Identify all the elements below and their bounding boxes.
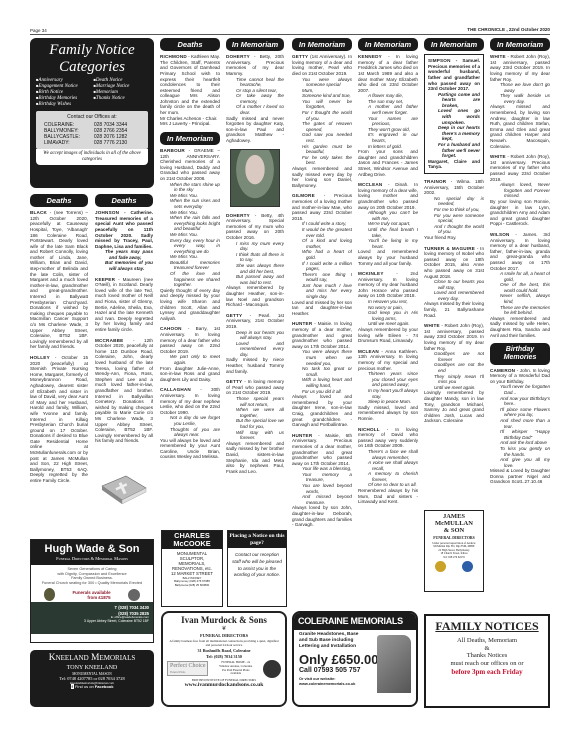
verse: You'll never be forgotten Dad...And now … [490,384,550,468]
memoriam-notice: WHITE - Robert John (Roy), 1st anniversa… [424,323,484,424]
memoriam-notice: TRAINOR - Wilma. 18th Anniversary, 15th … [424,179,484,241]
page-header: Page 34 THE CHRONICLE , 22nd October 202… [30,26,550,35]
crest-icon [435,561,446,572]
ads-murdock-prepaid: Pre Paid Funeral Plans available [218,669,254,676]
col3-notices-1-verse-0: We part only to meet again. [170,354,220,365]
ads-familynotices-title: FAMILY NOTICES [429,619,545,634]
table: COLERAINE:028 7034 3344 BALLYMONEY:028 2… [44,122,140,146]
col7-notices-2-after: Lovingly remembered by daughter Mandy, s… [424,390,484,424]
charles-mccooke-ad: CHARLESMcCOOKE MONUMENTALSCULPTOR,MEMORI… [161,530,223,607]
ads-kneeland-fb1: Find us on [75,684,94,689]
col8-notices-0-verse-1: They walk beside us every day. [500,93,550,104]
memoriam-notice: DOHERTY - Betty, 4th Anniversary. Specia… [226,213,284,308]
col3-notices-0-verse-0: When the stars shine up in the sky [170,182,220,193]
col7-simpson-verse-0: Partings come and hearts are broken, [438,92,480,109]
col5-notices-1-verse-3: Who had a heart of gold. [302,249,352,260]
col3-notices-0-text: - GRAEME – 12th ANNIVERSARY. Cherished m… [160,148,220,181]
verse: Time cannot heal the heartache,Or stop a… [226,77,284,116]
memoriam-notice: CALLAGHAN - 30th Anniversary. In loving … [160,387,220,460]
col5-notices-0-name: GETTY [292,54,308,59]
col6-notices-3-verse-1: In my heart you'll always stay. [368,388,418,399]
memoriam-notice: TURNER & MAGUIRE - In loving memory of I… [424,246,484,319]
col5-notices-2-verse-1: No task too great or small. [302,366,352,377]
col6-notices-1-verse-0: Although you can't be with me, [368,210,418,221]
verse: The years may pass and fade away,But mem… [95,249,153,271]
section-heading: In Memoriam [490,38,550,51]
death-notice: HOLLEY - October 15 2020 (peacefully) at… [30,355,88,484]
verse: A flower may die,The sun may set,A mothe… [358,93,418,149]
col5-notices-2-name: HUNTER [292,321,312,326]
memoriam-notice: CAHOON - Barry, 1st Anniversary. In lovi… [160,326,220,382]
div: T (028) 7034 3430(028) 7035 2825E: offic… [31,602,153,634]
ads-familynotices-l2: & [429,645,545,653]
deaths-column-2: Deaths JOHNSON - Catherine. Treasured me… [95,194,153,502]
col5-notices-3-verse-1: Your memory a treasure, [302,472,352,483]
col5-notices-1-verse-4: If I could write a million pages, [302,261,352,272]
memoriam-notice-boxed: SIMPSON - Samuel. Precious memories of a… [424,54,484,174]
col8-notices-2-verse-0: A smile for all, a heart of gold, [500,271,550,282]
verse: In Heaven you rest,No worry or pain,God … [358,299,418,327]
div: Hugh Wade & Son Funeral Directors & Memo… [31,540,153,565]
family-notices-deadline-box: FAMILY NOTICES All Deaths, Memoriam & Th… [424,614,550,708]
memoriam-notice: HUNTER - Maisie, 6th Anniversary. Precio… [292,433,352,528]
col8-notices-1-verse-0: Always loved, Never forgotten and Foreve… [500,182,550,199]
col5-notices-1-verse-6: Just how much I love and miss her every … [302,283,352,300]
col4-notices-2-verse-1: Loved and remembered every day. [236,341,284,358]
section-heading: In Memoriam [292,38,352,51]
col8-cameron-verse-0: You'll never be forgotten Dad... [500,384,550,395]
kneeland-memorials-ad: Kneeland Memorials TONY KNEELAND MONUMEN… [30,650,154,707]
coleraine-memorials-ad: COLERAINE MEMORIALS Granite Headstones, … [292,611,418,707]
col5-notices-1-verse-2: Of a kind and loving mother, [302,238,352,249]
col6-notices-3-verse-0: Thirteen years since you closed your eye… [368,371,418,388]
col6-notices-4-name: NICHOLL [358,427,380,432]
ads-mcmullan-l1: Under personal supervision of Andrew McM… [427,542,481,549]
placing-notice-box: Placing a Notice on this page? Contact o… [227,530,287,607]
family-notice-categories: Family NoticeCategories Anniversary Deat… [30,38,154,188]
col8-notices-0-name: WHITE [490,54,506,59]
verse: If I could write a story,It would be the… [292,221,352,299]
hugh-wade-ad: Hugh Wade & Son Funeral Directors & Memo… [30,539,154,643]
col8-notices-2-verse-3: These are the memories he left behind. [500,305,550,316]
birthday-notice: CAMERON - John. In loving Memory of a Wo… [490,368,550,485]
col7-notices-0-verse-2: For you were someone special, [434,213,484,224]
col7-simpson-sign: Margaret, Claire and Tanya. [428,159,480,170]
ads-hughwade-addr: 3 Upper Abbey Street, Coleraine BT52 1BF [35,619,149,623]
col5-notices-3-verse-2: You are loved beyond words, [302,483,352,494]
col7-notices-1-name: TURNER & MAGUIRE [424,246,475,251]
span: Funerals availablefrom £1875 [72,590,110,601]
col4-notices-3-verse-0: Those special years will not return, [236,396,284,407]
col7-notices-2-verse-0: Goodbyes are not forever [434,351,484,362]
col4-notices-3-after: Always remembered and sadly missed by he… [226,441,284,475]
col5-notices-0-verse-5: The gates of Heaven opened, [302,121,352,132]
categories-contact-heading: Contact our Offices at: [44,114,140,120]
col4-notices-2-verse-0: Deep in our hearts you will always stay. [236,330,284,341]
murdock-website-link[interactable]: www.ivanmurdockandsons.co.uk [165,682,283,689]
col6-notices-0-verse-2: A mother and father we'll never forget. [368,104,418,115]
div: Funerals availablefrom £1875 [31,587,153,602]
col7-notices-1-verse-0: Close to our hearts you will stay, [434,279,484,290]
col1-notices-0-text: - (nee Torrens) – 12th October 2020, pea… [30,210,88,349]
col6-notices-2-verse-2: God keep you in His loving arms, [368,310,418,321]
category-item: Thanks Notice [94,96,149,102]
section-heading-birthday: Birthday Memories [490,343,550,364]
ivan-murdock-ad: Ivan Murdock & Sons ❦ FUNERAL DIRECTORS … [161,611,287,707]
ads-murdock-title: Ivan Murdock & Sons [165,615,283,626]
col6-notices-1-name: MCCLEAN [358,182,382,187]
col4-notices-0-verse-2: Or take away the memory, [236,93,284,104]
verse: A smile for all, a heart of gold,One of … [490,271,550,316]
col3-notices-0-name: BARBOUR [160,148,185,153]
col2-notices-1-text: - Maureen (nee O'Neill), in Scotland. De… [95,277,153,332]
ads-mccooke-title2: McCOOKE [163,540,221,548]
section-heading: In Memoriam [226,38,284,51]
col8-notices-1-after: By your loving son Ronnie, daughter in l… [490,199,550,227]
section-heading: In Memoriam [160,132,220,145]
col7-notices-0-after: Your friend Roy. [424,235,484,241]
ads-hughwade-title: Hugh Wade & Son [31,543,153,556]
col4-notices-0-verse-3: Of a mother I loved so dear. [236,104,284,115]
office-contacts: Contact our Offices at: COLERAINE:028 70… [36,111,148,148]
verse: No special day is needed,For me to think… [424,196,484,235]
category-item: Birthday Wishes [36,102,91,108]
memoriam-notice: NICHOLL - In loving memory of David who … [358,427,418,505]
col6-notices-4-verse-1: A voice we shall always recall, [368,460,418,471]
section-heading: In Memoriam [358,38,418,51]
col7-notices-0-verse-1: For me to think of you, [434,207,484,213]
col4-notices-0-name: DOHERTY [226,54,250,59]
col4-notices-3-verse-1: When we were all together, [236,407,284,418]
ads-placing-body: Contact our reception staff who will be … [228,548,286,583]
james-mcmullan-ad: JAMES McMULLAN& SON FUNERAL DIRECTORS Un… [424,510,484,592]
death-notice: KEEPER - Maureen (nee O'Neill), in Scotl… [95,277,153,333]
category-list: Anniversary Death Notice Engagement Noti… [36,78,148,108]
column-3: Deaths RICHMOND - Kathleen May. The Chil… [160,38,220,528]
col5-notices-2-verse-2: With a loving heart and willing hand, [302,377,352,388]
col5-notices-3-name: HUNTER [292,433,312,438]
col7-notices-0-verse-3: And I thought the world of you. [434,224,484,235]
verse: Close to our hearts you will stay,Loved … [424,279,484,301]
div [427,561,481,572]
col8-notices-2-verse-2: Never selfish, always kind, [500,293,550,304]
col5-notices-1-after: Loved and missed by her son Ian and daug… [292,300,352,317]
col3-richmond-sign2: Mrs J Laverty - Principal. [160,121,220,127]
column-4: In Memoriam DOHERTY - Betty, 20th Annive… [226,38,284,528]
col3-richmond-text: - Kathleen May. The Children, Staff, Par… [160,54,220,115]
col8-cameron-verse-1: And now your Birthday's here.. [500,396,550,407]
col4-notices-0-after: Sadly missed and never forgotten by daug… [226,116,284,144]
col6-notices-4-after: Remembered always by his Mum, Dad and si… [358,488,418,505]
verse: Your life was a blessing,Your memory a t… [292,466,352,505]
col8-notices-2-verse-1: One of the best, this world could hold. [500,282,550,293]
ads-mccooke-p2: Ballymena (028) 25 663800 [162,584,222,587]
funeral-institute-logo-icon [263,660,281,678]
ads-familynotices-l1: All Deaths, Memoriam [429,637,545,645]
verse: Those special years will not return,When… [226,396,284,441]
col3-notices-0-verse-6: Every day, every hour in every way, in e… [170,238,220,255]
headstone-image [377,635,411,693]
col6-notices-0-verse-5: It's engraved in our hearts, [368,132,418,143]
col4-notices-1-name: DOHERTY [226,213,250,218]
ads-coleraine-title: COLERAINE MEMORIALS [294,613,416,630]
col2-notices-0-verse-0: The years may pass and fade away, [105,249,153,260]
section-heading: Deaths [160,38,220,51]
col5-notices-1-name: GILMORE [292,193,315,198]
memoriam-notice: HUNTER - Maisie. In loving memory of a d… [292,321,352,427]
column-8: In Memoriam WHITE - Robert John (Roy), 1… [490,38,550,578]
div: FUNERAL HOME - 2a Windsor Avenue, Colera… [218,661,254,676]
col3-notices-1-name: CAHOON [160,326,182,331]
div: JAMES McMULLAN& SON [427,513,481,534]
bible-icon [96,472,152,506]
col8-cameron-after: Missed & Loved by Daughter Donna partner… [490,468,550,485]
col6-notices-0-text: - In loving memory of a dear father Fred… [358,54,418,93]
col3-notices-0-verse-2: When the sun rises and sets everyday [170,198,220,209]
col7-notices-2-verse-1: Goodbyes are not the end [434,362,484,373]
col4-notices-3-verse-2: But the special love we had for you, [236,418,284,429]
col1-notices-1-text: - October 15 2020 (peacefully) at Stemis… [30,355,88,483]
ads-hughwade-from: from £1875 [72,595,110,600]
verse: You were always someone specialMum,Someo… [292,77,352,167]
col5-notices-1-verse-5: There's one thing I would say, [302,272,352,283]
ads-kneeland-fb2: Facebook [95,684,114,689]
col4-notices-2-after: Sadly missed by niece Heather, husband T… [226,357,284,374]
col7-notices-1-after: Always missed by their loving family, 21… [424,301,484,318]
div: Seven Generations of Caringwith Dignity,… [31,565,153,588]
col8-cameron-verse-3: And shed more than a tear. [500,418,550,429]
col8-notices-2-name: WILSON [490,232,510,237]
col7-simpson-verse-3: For a husband and father we'll never for… [438,142,480,159]
col2-notices-1-name: KEEPER [95,277,115,282]
death-notice: BLACK - (nee Torrens) – 12th October 202… [30,210,88,350]
col4-notices-3-verse-3: Will stay with us forever. [236,430,284,441]
crest-icon [44,588,55,601]
col2-notices-2-text: - 12th October 2020, peacefully at home … [95,338,153,444]
col6-notices-3-after: Sadly missed, loved and remembered alway… [358,405,418,422]
col6-notices-0-name: KENNEDY [358,54,382,59]
col4-notices-3-name: GETTY [226,379,242,384]
col3-notices-0-verse-9: Of the love and happiness we shared toge… [170,271,220,288]
memoriam-notice: KENNEDY - In loving memory of a dear fat… [358,54,418,177]
memoriam-notice: WHITE - Robert John (Roy), 1st anniversa… [490,54,550,149]
death-notice: RICHMOND - Kathleen May. The Children, S… [160,54,220,127]
ads-familynotices-l4: must reach our offices on or [429,660,545,668]
col2-notices-0-verse-1: But memories of you will always stay. [105,260,153,271]
col8-cameron-verse-6: To kiss you gently on the hands. [500,446,550,457]
col7-notices-2-name: WHITE [424,323,440,328]
col5-notices-2-verse-0: You were always there mum when we needed… [302,349,352,366]
col2-notices-0-text: - Catherine. Treasured memories of a spe… [95,210,153,249]
images-note: We accept images of individuals in all o… [36,149,148,165]
col4-notices-2-name: GETTY [226,313,242,318]
ads-murdock-pc2: Funeral Plans [170,671,205,674]
verse: When the stars shine up in the skyWe Mis… [160,182,220,288]
col6-notices-1-verse-3: You'll be living in my heart. [368,238,418,249]
col1-notices-1-name: HOLLEY [30,355,50,360]
col4-notices-1-verse-1: I think thats all there is to say. [236,252,284,263]
col6-notices-4-verse-0: There's a face we shall always remember, [368,449,418,460]
div: MONUMENTALSCULPTOR,MEMORIALS,RENOVATIONS… [162,549,222,572]
section-heading: Deaths [30,194,88,207]
ads-hughwade-l4: Funeral Church seating for 300 • Quality… [33,581,151,586]
col3-notices-2-after: You will always be loved and remembered … [160,438,220,460]
col5-notices-0-verse-3: You will never be forgotten, [302,99,352,110]
verse: I miss my mum every day.I think thats al… [226,241,284,286]
memoriam-notice: MCKINLEY - 2nd Anniversary. In loving me… [358,271,418,344]
col8-cameron-verse-4: I'll whisper "Happy Birthday Dad" [500,429,550,440]
col6-notices-1-after: Loved and remembered always by your husb… [358,249,418,266]
col4-notices-1-after: Always remembered by daughter Heather, s… [226,285,284,307]
verse: Those we love don't go awayThey walk bes… [490,82,550,104]
col5-notices-1-verse-1: It would be the greatest ever told. [302,227,352,238]
col5-notices-3-verse-3: And missed beyond measure. [302,494,352,505]
death-notice: MCCRABBE - 12th October 2020, peacefully… [95,338,153,444]
memoriam-notice: DOHERTY - Betty, 20th Anniversary. Preci… [226,54,284,144]
col3-notices-0-verse-4: When the rain falls and everything looks… [170,215,220,232]
categories-title: Family NoticeCategories [34,42,150,75]
col5-notices-0-verse-7: His garden must be beautiful, [302,144,352,155]
categories-title-line1: Family Notice [34,42,150,59]
section-heading: In Memoriam [424,38,484,51]
ads-familynotices-l5: before 3pm each Friday [429,668,545,677]
verse: We part only to meet again. [160,354,220,365]
facebook-link[interactable]: f Find us on Facebook [33,685,151,690]
section-heading: Deaths [95,194,153,207]
badge-icon [128,589,140,601]
office-row: LIMAVADY:028 7776 2130 [44,140,140,146]
verse: Partings come and hearts are broken,Love… [428,92,480,159]
memoriam-notice: MCLEAN - Anna Kathleen. 13th Anniversary… [358,349,418,422]
col8-notices-1-name: WHITE [490,154,506,159]
col6-notices-1-verse-2: Until the final breath I take, [368,227,418,238]
col3-notices-2-verse-0: Not a day do we forget you Leslie, [170,415,220,426]
col8-cameron-verse-7: And give you all my love. [500,457,550,468]
col7-simpson-name: SIMPSON [428,58,451,63]
col7-simpson-verse-2: Deep in our hearts there's a memory kept… [438,125,480,142]
col5-notices-0-verse-8: For he only takes the best. [302,155,352,166]
col8-notices-0-verse-0: Those we love don't go away [500,82,550,93]
memoriam-notice: WILSON - James. 3rd Anniversary. In lovi… [490,232,550,338]
verse: Although you can't be with me,We're trul… [358,210,418,249]
ads-mcmullan-t1: JAMES McMULLAN [427,513,481,527]
ads-familynotices-l3: Thanks Notices [429,652,545,660]
col3-richmond-name: RICHMOND [160,54,187,59]
div: Perfect ChoiceFuneral Plans FUNERAL HOME… [165,659,283,679]
page-number: Page 34 [30,28,47,33]
memoriam-notice: GETTY - In loving memory of Pearl who pa… [226,379,284,474]
ads-mcmullan-t2: & SON [427,527,481,534]
col6-notices-3-name: MCLEAN [358,349,379,354]
div: Perfect ChoiceFuneral Plans [167,661,208,676]
col7-notices-1-text: - In loving memory of Isobel who passed … [424,246,484,279]
col4-notices-1-verse-2: She was always there and did her best, [236,263,284,274]
ads-murdock-pc: Perfect Choice [170,663,205,670]
ads-placing-title: Placing a Notice on this page? [228,531,286,548]
portrait-photo [230,149,280,207]
col7-notices-1-verse-1: Loved and remembered every day. [434,290,484,301]
col5-notices-0-after: Always remembered and sadly missed every… [292,166,352,188]
col6-notices-0-after: From your sons and daughter and grandchi… [358,149,418,177]
col7-simpson-verse-1: Loved ones go with words unspoken. [438,108,480,125]
col2-notices-2-name: MCCRABBE [95,338,123,343]
column-6: In Memoriam KENNEDY - In loving memory o… [358,38,418,568]
col3-notices-0-verse-8: Beautiful memories treasured forever [170,260,220,271]
verse: There's a face we shall always remember,… [358,449,418,488]
div: ❦ [165,626,283,633]
ads-kneeland-title: Kneeland Memorials [33,653,151,665]
col8-notices-2-after: Always remembered and sadly missed by wi… [490,316,550,338]
col8-notices-2-text: - James. 3rd Anniversary. In loving memo… [490,232,550,271]
col5-notices-2-after: Always loved and remembered by your daug… [292,394,352,428]
col3-notices-2-verse-1: Thoughts of you are always near. [170,427,220,438]
col1-notices-0-name: BLACK [30,210,47,215]
col7-notices-0-verse-0: No special day is needed, [434,196,484,207]
col7-simpson-text: - Samuel. Precious memories of a wonderf… [428,58,480,91]
memoriam-notice: MCCLEAN - Dinah. In loving memory of a d… [358,182,418,266]
col6-notices-4-verse-2: A memory to cherish forever, [368,471,418,482]
verse: Deep in our hearts you will always stay.… [226,330,284,358]
ads-murdock-desc: A family business free from all multinat… [165,639,283,649]
verse: Thirteen years since you closed your eye… [358,371,418,405]
saif-logo-icon [462,561,473,572]
ads-mcmullan-l4: Tel: 028 276 62255 [427,556,481,559]
col8-cameron-verse-2: I'll place some Flowers where you lay, [500,407,550,418]
col8-cameron-name: CAMERON [490,368,515,373]
div: CHARLESMcCOOKE [162,531,222,549]
publication-date: THE CHRONICLE , 22nd October 2020 [467,27,550,33]
col3-notices-0-after: Quietly thought of every day and deeply … [160,288,220,322]
ads-kneeland-name: TONY KNEELAND [33,665,151,672]
col5-notices-0-verse-6: God saw you needed rest. [302,132,352,143]
col4-notices-1-verse-3: But passed away and was laid to rest. [236,274,284,285]
verse: Goodbyes are not foreverGoodbyes are not… [424,351,484,390]
verse: Always loved, Never forgotten and Foreve… [490,182,550,199]
col3-notices-2-name: CALLAGHAN [160,387,191,392]
memoriam-notice: BARBOUR - GRAEME – 12th ANNIVERSARY. Che… [160,148,220,321]
column-7: In Memoriam SIMPSON - Samuel. Precious m… [424,38,484,538]
death-notice: JOHNSON - Catherine. Treasured memories … [95,210,153,272]
span: f [71,684,74,689]
col5-notices-3-after: Always loved by son John, daughter-in-la… [292,505,352,527]
memoriam-notice: GETTY (1st Anniversary). In loving memor… [292,54,352,188]
col6-notices-2-after: Always remembered by your loving wife Ei… [358,327,418,344]
deaths-column-1: Deaths BLACK - (nee Torrens) – 12th Octo… [30,194,88,502]
col4-notices-0-verse-0: Time cannot heal the heartache, [236,77,284,88]
memoriam-notice: WHITE - Robert John (Roy), 1st anniversa… [490,154,550,227]
col5-notices-0-verse-4: For I thought the world of you. [302,110,352,121]
column-5: In Memoriam GETTY (1st Anniversary). In … [292,38,352,548]
col6-notices-0-verse-3: Your names are precious, [368,116,418,127]
col6-notices-2-name: MCKINLEY [358,271,384,276]
col8-notices-0-after: Always missed and remembered, by loving … [490,104,550,149]
col7-notices-2-verse-2: They simply mean I'll miss you [434,374,484,385]
col4-notices-1-verse-0: I miss my mum every day. [236,241,284,252]
col5-notices-0-verse-0: You were always someone special [302,77,352,88]
col5-notices-3-text: - Maisie, 6th Anniversary. Precious memo… [292,433,352,466]
categories-offices-3-phone: 028 7776 2130 [94,140,140,146]
categories-offices-3-town: LIMAVADY: [44,140,94,146]
categories-title-line2: Categories [34,59,150,76]
col3-notices-1-after: From daughter Julie-Anne, son-in-law Ros… [160,366,220,383]
ads-mcmullan-sub: FUNERAL DIRECTORS [427,536,481,541]
ads-hughwade-sub: Funeral Directors & Memorial Masons [31,556,153,561]
tbody: COLERAINE:028 7034 3344 BALLYMONEY:028 2… [44,122,140,146]
[object [96,472,152,506]
col2-notices-0-name: JOHNSON [95,210,119,215]
memoriam-notice: GILMORE - Precious memories of a loving … [292,193,352,316]
memoriam-notice: GETTY - Pearl. 1st Anniversary, 21st Oct… [226,313,284,375]
